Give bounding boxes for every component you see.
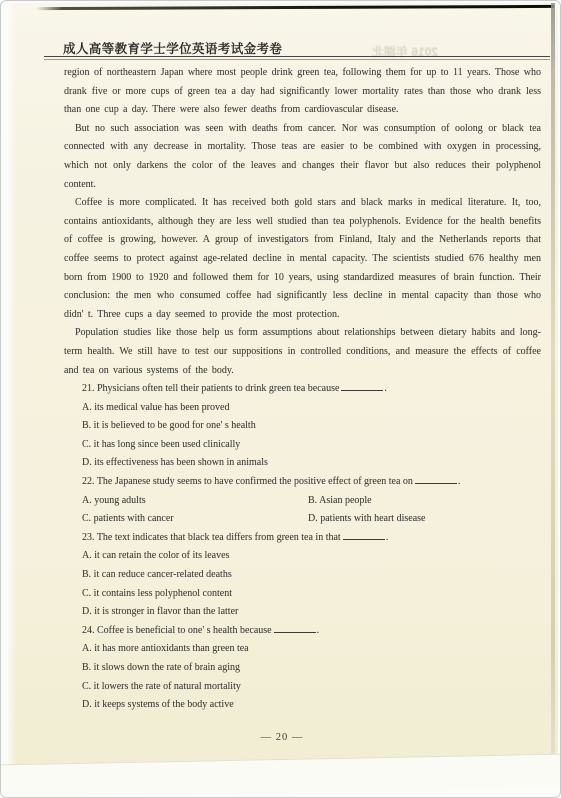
- book-top-edge: [36, 5, 554, 10]
- question-stem: 23. The text indicates that black tea di…: [82, 529, 541, 548]
- stem-text: 21. Physicians often tell their patients…: [82, 383, 339, 394]
- stem-text: 22. The Japanese study seems to have con…: [82, 476, 413, 487]
- option-a: A. young adults: [82, 492, 308, 511]
- answer-blank: [341, 382, 383, 391]
- stem-text: 23. The text indicates that black tea di…: [82, 532, 341, 543]
- scanned-page-frame: 2016 年湖北 成人高等教育学士学位英语考试金考卷 region of nor…: [0, 0, 561, 798]
- option-c: C. it contains less polyphenol content: [82, 585, 541, 604]
- option-d: D. its effectiveness has been shown in a…: [82, 454, 541, 473]
- question-stem: 22. The Japanese study seems to have con…: [82, 473, 541, 492]
- option-c: C. patients with cancer: [82, 510, 308, 529]
- answer-blank: [274, 624, 316, 633]
- option-d: D. patients with heart disease: [308, 510, 541, 529]
- passage-paragraph: Population studies like those help us fo…: [64, 324, 541, 380]
- option-b: B. it slows down the rate of brain aging: [82, 659, 541, 678]
- question-options: A. young adults B. Asian people C. patie…: [82, 492, 541, 529]
- stem-tail: .: [384, 383, 387, 394]
- question-stem: 24. Coffee is beneficial to one' s healt…: [82, 622, 541, 641]
- option-b: B. Asian people: [308, 492, 541, 511]
- option-a: A. it can retain the color of its leaves: [82, 547, 541, 566]
- stem-tail: .: [458, 476, 461, 487]
- passage-paragraph: But no such association was seen with de…: [64, 120, 541, 194]
- option-c: C. it lowers the rate of natural mortali…: [82, 678, 541, 697]
- page-header-title: 成人高等教育学士学位英语考试金考卷: [63, 39, 282, 57]
- question-24: 24. Coffee is beneficial to one' s healt…: [82, 622, 541, 715]
- question-options: A. its medical value has been proved B. …: [82, 399, 541, 473]
- passage-paragraph: region of northeastern Japan where most …: [64, 64, 541, 120]
- stem-text: 24. Coffee is beneficial to one' s healt…: [82, 625, 272, 636]
- option-d: D. it keeps systems of the body active: [82, 696, 541, 715]
- question-options: A. it can retain the color of its leaves…: [82, 547, 541, 621]
- option-b: B. it is believed to be good for one' s …: [82, 417, 541, 436]
- stem-tail: .: [386, 532, 389, 543]
- page-right-edge: [551, 3, 555, 765]
- reading-passage: region of northeastern Japan where most …: [64, 64, 541, 380]
- stem-tail: .: [317, 625, 320, 636]
- option-a: A. it has more antioxidants than green t…: [82, 640, 541, 659]
- question-stem: 21. Physicians often tell their patients…: [82, 380, 541, 399]
- text-column: region of northeastern Japan where most …: [64, 64, 541, 715]
- question-23: 23. The text indicates that black tea di…: [82, 529, 541, 622]
- question-list: 21. Physicians often tell their patients…: [82, 380, 541, 715]
- page-number: — 20 —: [6, 732, 558, 743]
- passage-paragraph: Coffee is more complicated. It has recei…: [64, 194, 541, 324]
- question-22: 22. The Japanese study seems to have con…: [82, 473, 541, 529]
- option-a: A. its medical value has been proved: [82, 399, 541, 418]
- option-d: D. it is stronger in flavor than the lat…: [82, 603, 541, 622]
- question-21: 21. Physicians often tell their patients…: [82, 380, 541, 473]
- option-c: C. it has long since been used clinicall…: [82, 436, 541, 455]
- option-b: B. it can reduce cancer-related deaths: [82, 566, 541, 585]
- answer-blank: [343, 531, 385, 540]
- scan-bottom-edge: [0, 754, 561, 798]
- answer-blank: [415, 475, 457, 484]
- header-rule: [44, 56, 550, 60]
- paper-background: 2016 年湖北 成人高等教育学士学位英语考试金考卷 region of nor…: [6, 3, 558, 779]
- question-options: A. it has more antioxidants than green t…: [82, 640, 541, 714]
